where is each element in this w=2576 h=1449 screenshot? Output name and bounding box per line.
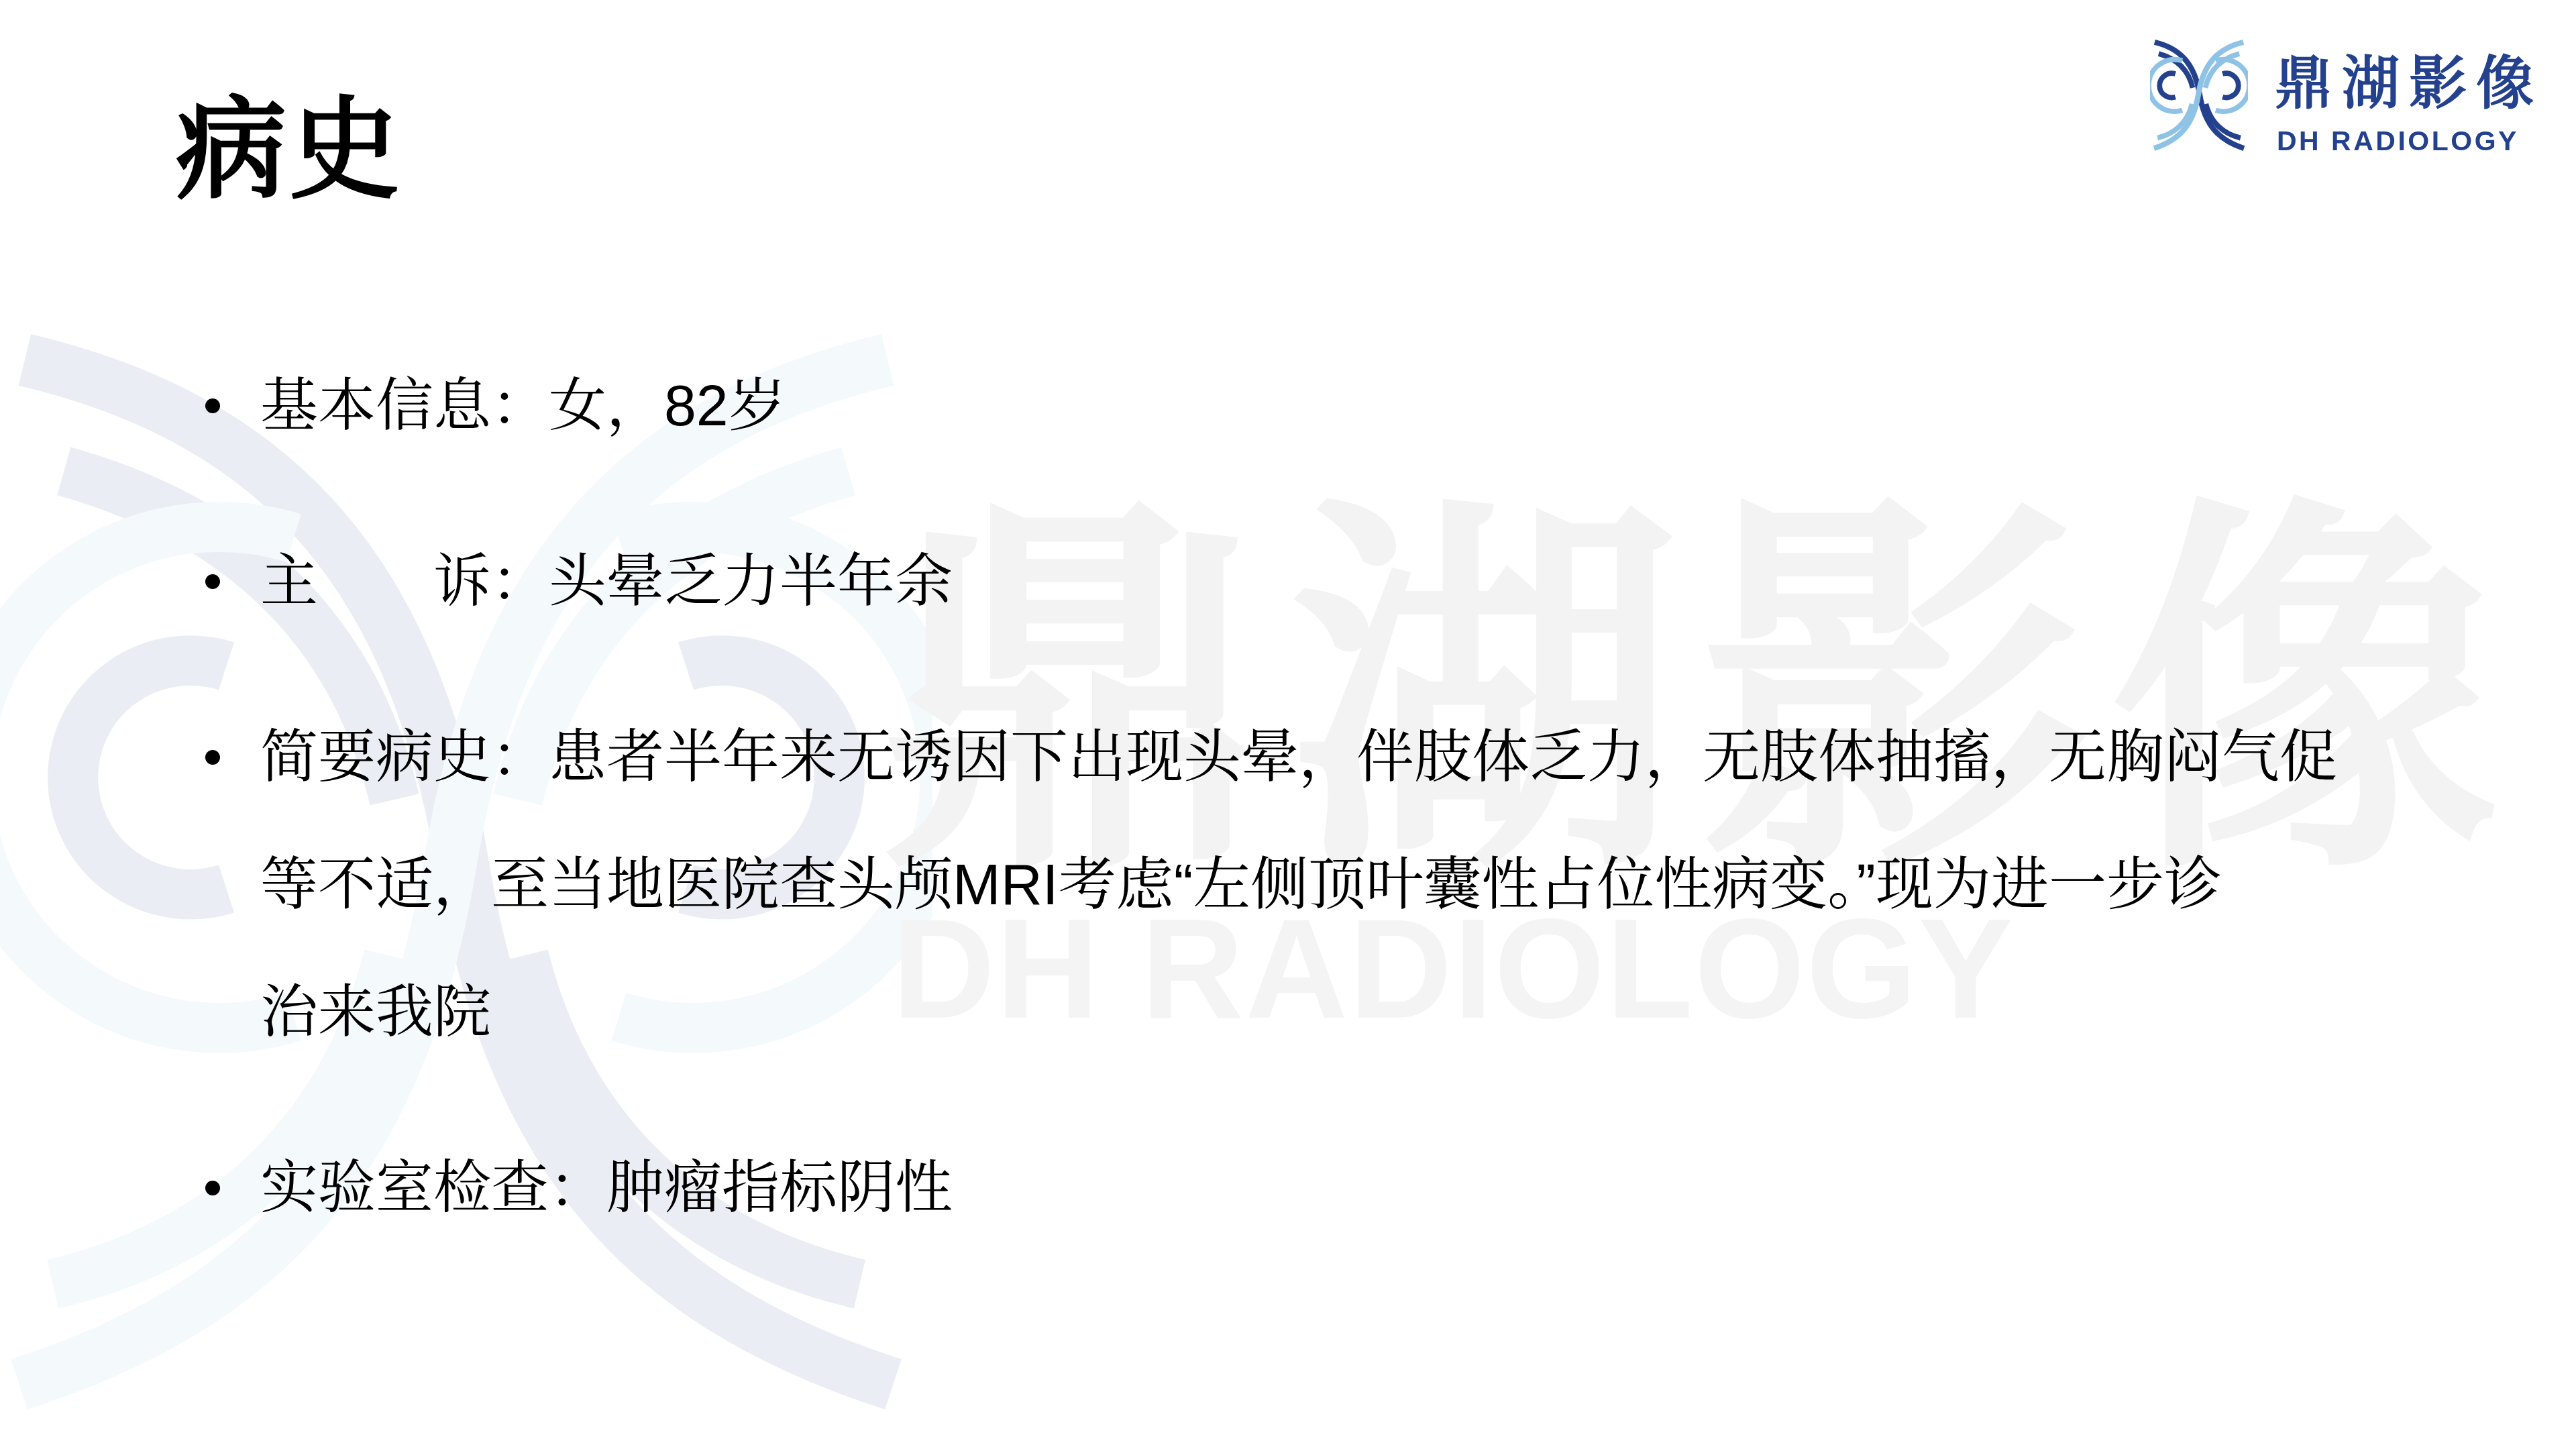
bullet-list: 基本信息：女，82岁 主 诉：头晕乏力半年余 简要病史：患者半年来无诱因下出现头…	[201, 342, 2442, 1252]
bullet-line: 简要病史：患者半年来无诱因下出现头晕，伴肢体乏力，无肢体抽搐，无胸闷气促	[260, 694, 2442, 821]
slide-content: 病史 基本信息：女，82岁 主 诉：头晕乏力半年余 简要病史：患者半年来无诱因下…	[0, 0, 2576, 1449]
logo-name-cn: 鼎湖影像	[2275, 55, 2543, 113]
bullet-line: 等不适，至当地医院查头颅MRI考虑“左侧顶叶囊性占位性病变。”现为进一步诊	[260, 821, 2442, 949]
logo-name-en: DH RADIOLOGY	[2277, 127, 2519, 155]
dh-radiology-ripple-icon	[2150, 38, 2248, 153]
slide: { "slide": { "title": "病史" }, "bullets":…	[0, 0, 2576, 1449]
bullet-line: 实验室检查：肿瘤指标阴性	[260, 1124, 2442, 1252]
page-title: 病史	[176, 80, 402, 219]
bullet-basic-info: 基本信息：女，82岁	[201, 342, 2442, 470]
bullet-line: 主 诉：头晕乏力半年余	[260, 518, 2442, 645]
bullet-lab-tests: 实验室检查：肿瘤指标阴性	[201, 1124, 2442, 1252]
bullet-line: 治来我院	[260, 949, 2442, 1076]
dh-radiology-logo: 鼎湖影像 DH RADIOLOGY	[2150, 35, 2553, 162]
bullet-line: 基本信息：女，82岁	[260, 342, 2442, 470]
bullet-chief-complaint: 主 诉：头晕乏力半年余	[201, 518, 2442, 645]
bullet-brief-history: 简要病史：患者半年来无诱因下出现头晕，伴肢体乏力，无肢体抽搐，无胸闷气促 等不适…	[201, 694, 2442, 1076]
